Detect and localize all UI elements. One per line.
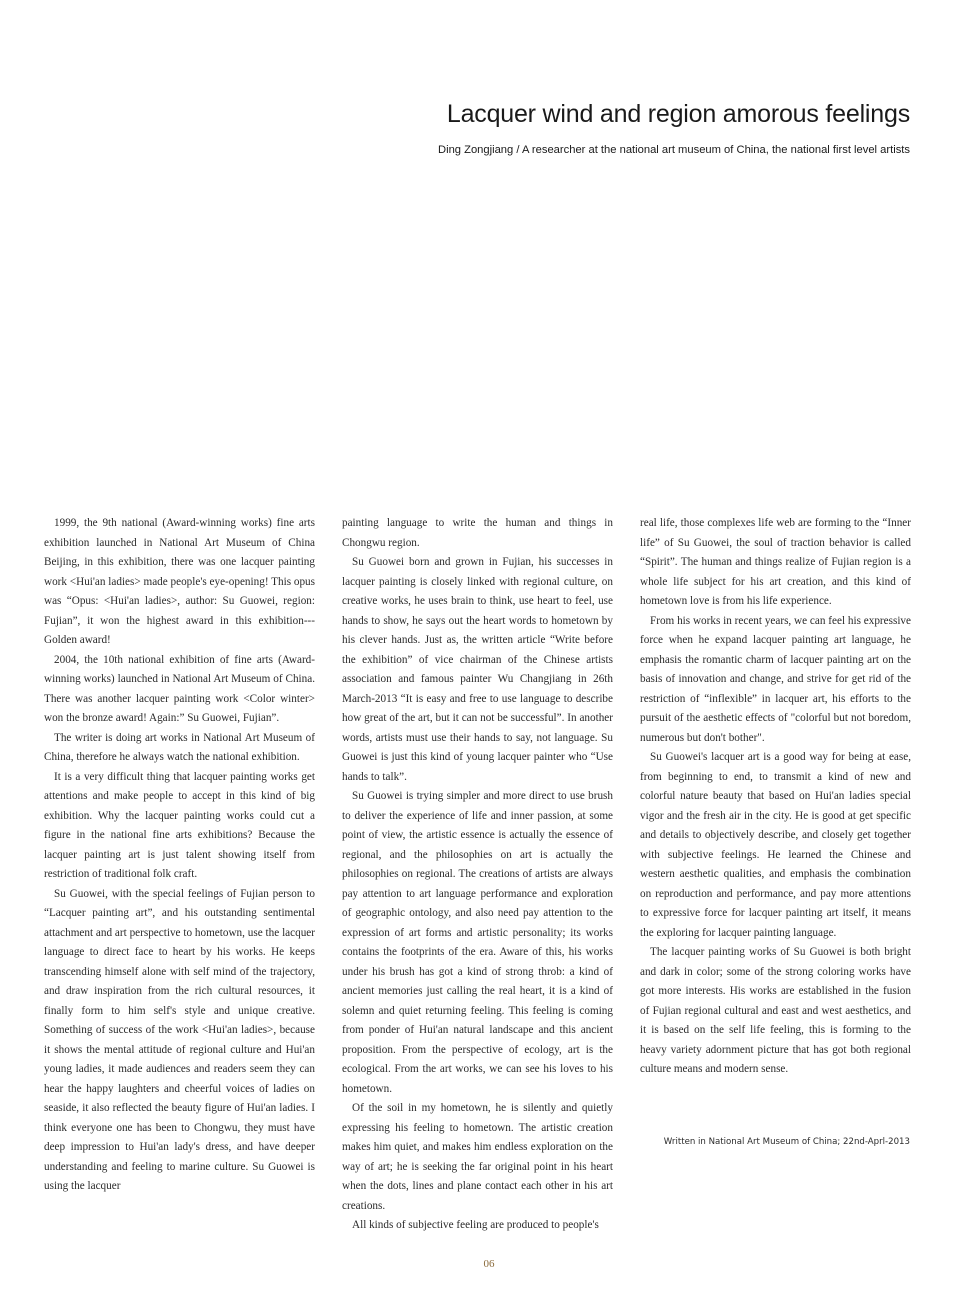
paragraph: All kinds of subjective feeling are prod… <box>342 1216 613 1236</box>
text-column-1: 1999, the 9th national (Award-winning wo… <box>44 514 315 1197</box>
document-page: Lacquer wind and region amorous feelings… <box>0 0 978 1306</box>
paragraph: painting language to write the human and… <box>342 514 613 553</box>
text-column-2: painting language to write the human and… <box>342 514 613 1236</box>
paragraph: From his works in recent years, we can f… <box>640 612 911 749</box>
paragraph: real life, those complexes life web are … <box>640 514 911 612</box>
paragraph: Su Guowei born and grown in Fujian, his … <box>342 553 613 787</box>
paragraph: 2004, the 10th national exhibition of fi… <box>44 651 315 729</box>
paragraph: Su Guowei, with the special feelings of … <box>44 885 315 1197</box>
paragraph: 1999, the 9th national (Award-winning wo… <box>44 514 315 651</box>
article-title: Lacquer wind and region amorous feelings <box>447 100 910 129</box>
paragraph: Of the soil in my hometown, he is silent… <box>342 1099 613 1216</box>
signature-line: Written in National Art Museum of China;… <box>664 1137 910 1147</box>
article-byline: Ding Zongjiang / A researcher at the nat… <box>438 144 910 156</box>
paragraph: The writer is doing art works in Nationa… <box>44 729 315 768</box>
paragraph: Su Guowei is trying simpler and more dir… <box>342 787 613 1099</box>
paragraph: The lacquer painting works of Su Guowei … <box>640 943 911 1080</box>
paragraph: Su Guowei's lacquer art is a good way fo… <box>640 748 911 943</box>
paragraph: It is a very difficult thing that lacque… <box>44 768 315 885</box>
page-number: 06 <box>0 1258 978 1270</box>
text-column-3: real life, those complexes life web are … <box>640 514 911 1080</box>
